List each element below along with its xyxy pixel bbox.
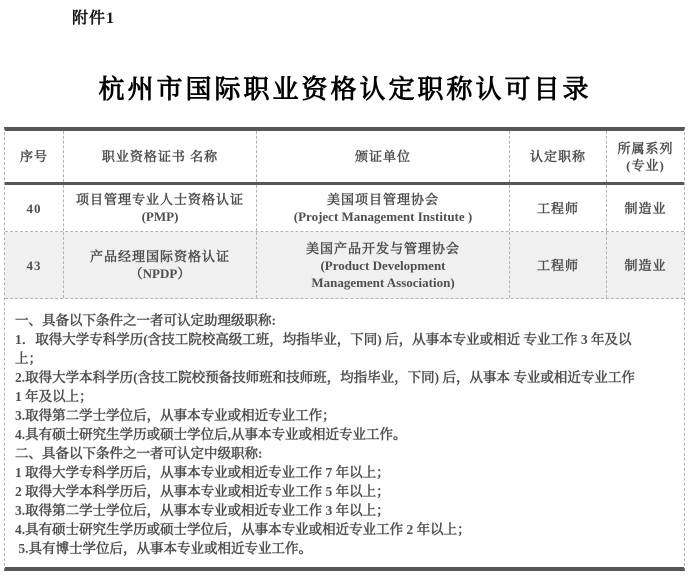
note-line: 一、具备以下条件之一者可认定助理级职称:	[15, 311, 674, 330]
header-series-label-line1: 所属系列	[617, 140, 673, 157]
issuer-line2: (Product Development	[320, 257, 445, 274]
cell-issuer: 美国项目管理协会 (Project Management Institute )	[257, 185, 510, 231]
recognized-title-value: 工程师	[537, 257, 579, 274]
cell-series: 制造业	[607, 232, 684, 298]
cell-recognized-title: 工程师	[510, 232, 607, 298]
note-line: 5.具有博士学位后，从事本专业或相近专业工作。	[15, 539, 674, 558]
header-serial-number: 序号	[5, 131, 64, 182]
cert-name-zh: 产品经理国际资格认证	[90, 248, 230, 265]
cell-cert-name: 产品经理国际资格认证 （NPDP）	[64, 232, 257, 298]
note-line: 2 取得大学本科学历后，从事本专业或相近专业工作 5 年以上；	[15, 482, 674, 501]
cell-series: 制造业	[607, 185, 684, 231]
header-issuer: 颁证单位	[257, 131, 510, 182]
serial-number-value: 43	[27, 257, 42, 274]
header-recognized-title-label: 认定职称	[530, 148, 586, 165]
note-line: 4.具有硕士研究生学历或硕士学位后,从事本专业或相近专业工作。	[15, 425, 674, 444]
recognized-title-value: 工程师	[537, 200, 579, 217]
header-serial-number-label: 序号	[20, 148, 48, 165]
header-recognized-title: 认定职称	[510, 131, 607, 182]
note-line: 1 年及以上；	[15, 387, 674, 406]
table-row-40: 40 项目管理专业人士资格认证 (PMP) 美国项目管理协会 (Project …	[5, 185, 684, 232]
cert-name-en: (PMP)	[142, 208, 179, 225]
attachment-label: 附件1	[72, 5, 115, 28]
note-line: 4.具有硕士研究生学历或硕士学位后，从事本专业或相近专业工作 2 年以上；	[15, 520, 674, 539]
table-row-43: 43 产品经理国际资格认证 （NPDP） 美国产品开发与管理协会 (Produc…	[5, 232, 684, 299]
note-line: 上；	[15, 349, 674, 368]
issuer-line3: Management Association)	[311, 274, 454, 291]
document-page: { "page": { "attachment_label": "附件1", "…	[0, 0, 690, 578]
note-line: 二、具备以下条件之一者可认定中级职称:	[15, 444, 674, 463]
cert-name-zh: 项目管理专业人士资格认证	[76, 191, 244, 208]
note-line: 3.取得第二学士学位后，从事本专业或相近专业工作；	[15, 406, 674, 425]
cell-issuer: 美国产品开发与管理协会 (Product Development Managem…	[257, 232, 510, 298]
series-value: 制造业	[624, 257, 666, 274]
qualification-table: 序号 职业资格证书 名称 颁证单位 认定职称 所属系列 (专业) 40 项目管理…	[4, 127, 685, 571]
cert-name-en: （NPDP）	[130, 265, 191, 282]
serial-number-value: 40	[27, 200, 42, 217]
header-series-label-line2: (专业)	[626, 157, 665, 174]
note-line: 1 取得大学专科学历后，从事本专业或相近专业工作 7 年以上；	[15, 463, 674, 482]
header-issuer-label: 颁证单位	[355, 148, 411, 165]
note-line: 3.取得第二学士学位后，从事本专业或相近专业工作 3 年以上；	[15, 501, 674, 520]
header-cert-name: 职业资格证书 名称	[64, 131, 257, 182]
header-series: 所属系列 (专业)	[607, 131, 684, 182]
page-title: 杭州市国际职业资格认定职称认可目录	[0, 69, 690, 106]
issuer-line1: 美国产品开发与管理协会	[306, 240, 460, 257]
header-cert-name-label: 职业资格证书 名称	[102, 148, 218, 165]
table-header-row: 序号 职业资格证书 名称 颁证单位 认定职称 所属系列 (专业)	[5, 131, 684, 185]
conditions-notes-block: 一、具备以下条件之一者可认定助理级职称: 1．取得大学专科学历(含技工院校高级工…	[5, 299, 684, 567]
series-value: 制造业	[624, 200, 666, 217]
issuer-line1: 美国项目管理协会	[327, 191, 439, 208]
note-line: 1．取得大学专科学历(含技工院校高级工班，均指毕业，下同) 后，从事本专业或相近…	[15, 330, 674, 349]
cell-recognized-title: 工程师	[510, 185, 607, 231]
cell-serial-number: 40	[5, 185, 64, 231]
cell-serial-number: 43	[5, 232, 64, 298]
note-line: 2.取得大学本科学历(含技工院校预备技师班和技师班，均指毕业，下同) 后，从事本…	[15, 368, 674, 387]
issuer-line2: (Project Management Institute )	[294, 208, 472, 225]
cell-cert-name: 项目管理专业人士资格认证 (PMP)	[64, 185, 257, 231]
